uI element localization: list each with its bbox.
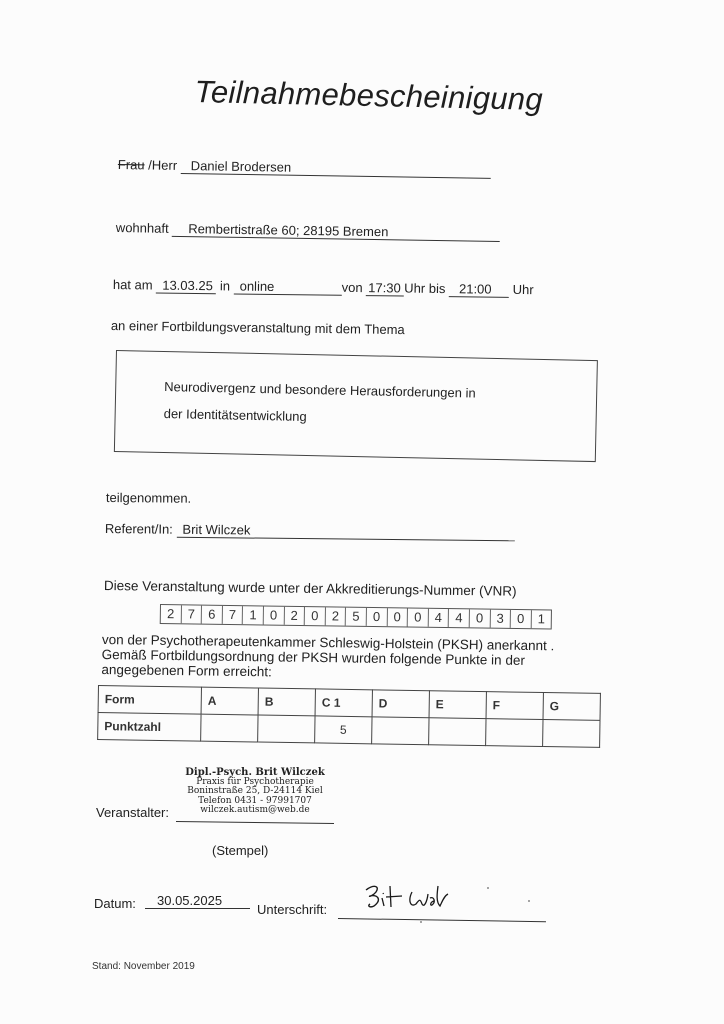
hat-am-label: hat am bbox=[113, 277, 153, 292]
accreditation-intro: Diese Veranstaltung wurde unter der Akkr… bbox=[104, 578, 517, 599]
vnr-digit: 6 bbox=[202, 606, 223, 624]
handwritten-signature bbox=[364, 880, 474, 916]
form-cell: E bbox=[429, 691, 486, 719]
topic-line-1: Neurodivergenz und besondere Herausforde… bbox=[164, 379, 476, 401]
vnr-digit: 2 bbox=[284, 607, 305, 625]
points-cell bbox=[486, 719, 543, 747]
topic-box: Neurodivergenz und besondere Herausforde… bbox=[114, 350, 598, 462]
form-cell: B bbox=[258, 688, 315, 716]
stamp-email: wilczek.autism@web.de bbox=[180, 806, 330, 816]
form-cell: A bbox=[201, 687, 258, 715]
form-cell: C 1 bbox=[315, 689, 372, 717]
participant-name-field: Daniel Brodersen bbox=[181, 158, 491, 179]
event-date-field: 13.03.25 bbox=[156, 278, 216, 295]
vnr-digit: 0 bbox=[305, 607, 326, 625]
scan-speck bbox=[528, 900, 530, 902]
topic-line-2: der Identitätsentwicklung bbox=[164, 406, 307, 424]
points-cell bbox=[258, 715, 315, 743]
von-label: von bbox=[342, 280, 363, 295]
name-row: Frau /Herr Daniel Brodersen bbox=[118, 157, 491, 179]
vnr-number-boxes: 2767102025000440301 bbox=[160, 604, 553, 629]
residence-label: wohnhaft bbox=[116, 220, 169, 236]
recognition-text: von der Psychotherapeutenkammer Schleswi… bbox=[101, 632, 554, 683]
speaker-label: Referent/In: bbox=[105, 521, 173, 537]
vnr-digit: 3 bbox=[490, 610, 511, 628]
uhr-bis-label: Uhr bis bbox=[404, 281, 445, 297]
points-cell bbox=[372, 717, 429, 745]
vnr-digit: 0 bbox=[367, 608, 388, 626]
organizer-stamp: Dipl.-Psych. Brit Wilczek Praxis für Psy… bbox=[180, 768, 330, 816]
salutation-herr: /Herr bbox=[148, 157, 177, 172]
points-header: Punktzahl bbox=[98, 713, 201, 742]
speaker-row: Referent/In: Brit Wilczek bbox=[105, 521, 515, 541]
vnr-digit: 0 bbox=[387, 608, 408, 626]
vnr-digit: 1 bbox=[531, 610, 551, 628]
vnr-digit: 4 bbox=[449, 609, 470, 627]
topic-intro: an einer Fortbildungsveranstaltung mit d… bbox=[111, 318, 405, 337]
signature-label: Unterschrift: bbox=[257, 902, 327, 917]
signature-line bbox=[338, 918, 546, 922]
vnr-digit: 1 bbox=[243, 606, 264, 624]
residence-field: Rembertistraße 60; 28195 Bremen bbox=[172, 221, 500, 242]
organizer-line bbox=[176, 821, 334, 824]
form-header: Form bbox=[98, 686, 201, 715]
time-to-field: 21:00 bbox=[449, 281, 509, 298]
scan-speck bbox=[420, 921, 422, 923]
certificate-page: Teilnahmebescheinigung Frau /Herr Daniel… bbox=[0, 0, 724, 1024]
vnr-digit: 5 bbox=[346, 608, 367, 626]
in-label: in bbox=[220, 278, 230, 293]
vnr-digit: 0 bbox=[470, 609, 491, 627]
form-cell: F bbox=[486, 692, 543, 720]
points-cell bbox=[201, 714, 258, 742]
organizer-label: Veranstalter: bbox=[96, 805, 169, 820]
points-cell: 5 bbox=[315, 716, 372, 744]
points-table: Form ABC 1DEFG Punktzahl 5 bbox=[97, 685, 601, 748]
scan-speck bbox=[487, 887, 489, 889]
stamp-label: (Stempel) bbox=[212, 843, 268, 858]
footer-version: Stand: November 2019 bbox=[92, 961, 195, 972]
attendance-row: hat am 13.03.25 in onlinevon 17:30Uhr bi… bbox=[113, 277, 534, 298]
vnr-digit: 4 bbox=[428, 609, 449, 627]
date-field: 30.05.2025 bbox=[145, 893, 250, 909]
vnr-digit: 0 bbox=[264, 606, 285, 624]
participated-text: teilgenommen. bbox=[106, 490, 191, 506]
vnr-digit: 7 bbox=[223, 606, 244, 624]
date-label: Datum: bbox=[94, 896, 136, 911]
salutation-frau: Frau bbox=[118, 157, 145, 172]
vnr-digit: 0 bbox=[511, 610, 532, 628]
vnr-digit: 2 bbox=[325, 607, 346, 625]
vnr-digit: 0 bbox=[408, 608, 429, 626]
residence-row: wohnhaft Rembertistraße 60; 28195 Bremen bbox=[116, 220, 501, 242]
points-cell bbox=[429, 718, 486, 746]
uhr-label: Uhr bbox=[513, 282, 534, 297]
event-location-field: online bbox=[234, 278, 342, 295]
form-cell: D bbox=[372, 690, 429, 718]
vnr-digit: 7 bbox=[181, 605, 202, 623]
time-from-field: 17:30 bbox=[366, 280, 404, 296]
points-cell bbox=[543, 719, 600, 747]
document-title: Teilnahmebescheinigung bbox=[194, 74, 543, 118]
form-cell: G bbox=[543, 692, 600, 720]
speaker-field: Brit Wilczek bbox=[176, 522, 514, 542]
vnr-digit: 2 bbox=[161, 605, 182, 623]
